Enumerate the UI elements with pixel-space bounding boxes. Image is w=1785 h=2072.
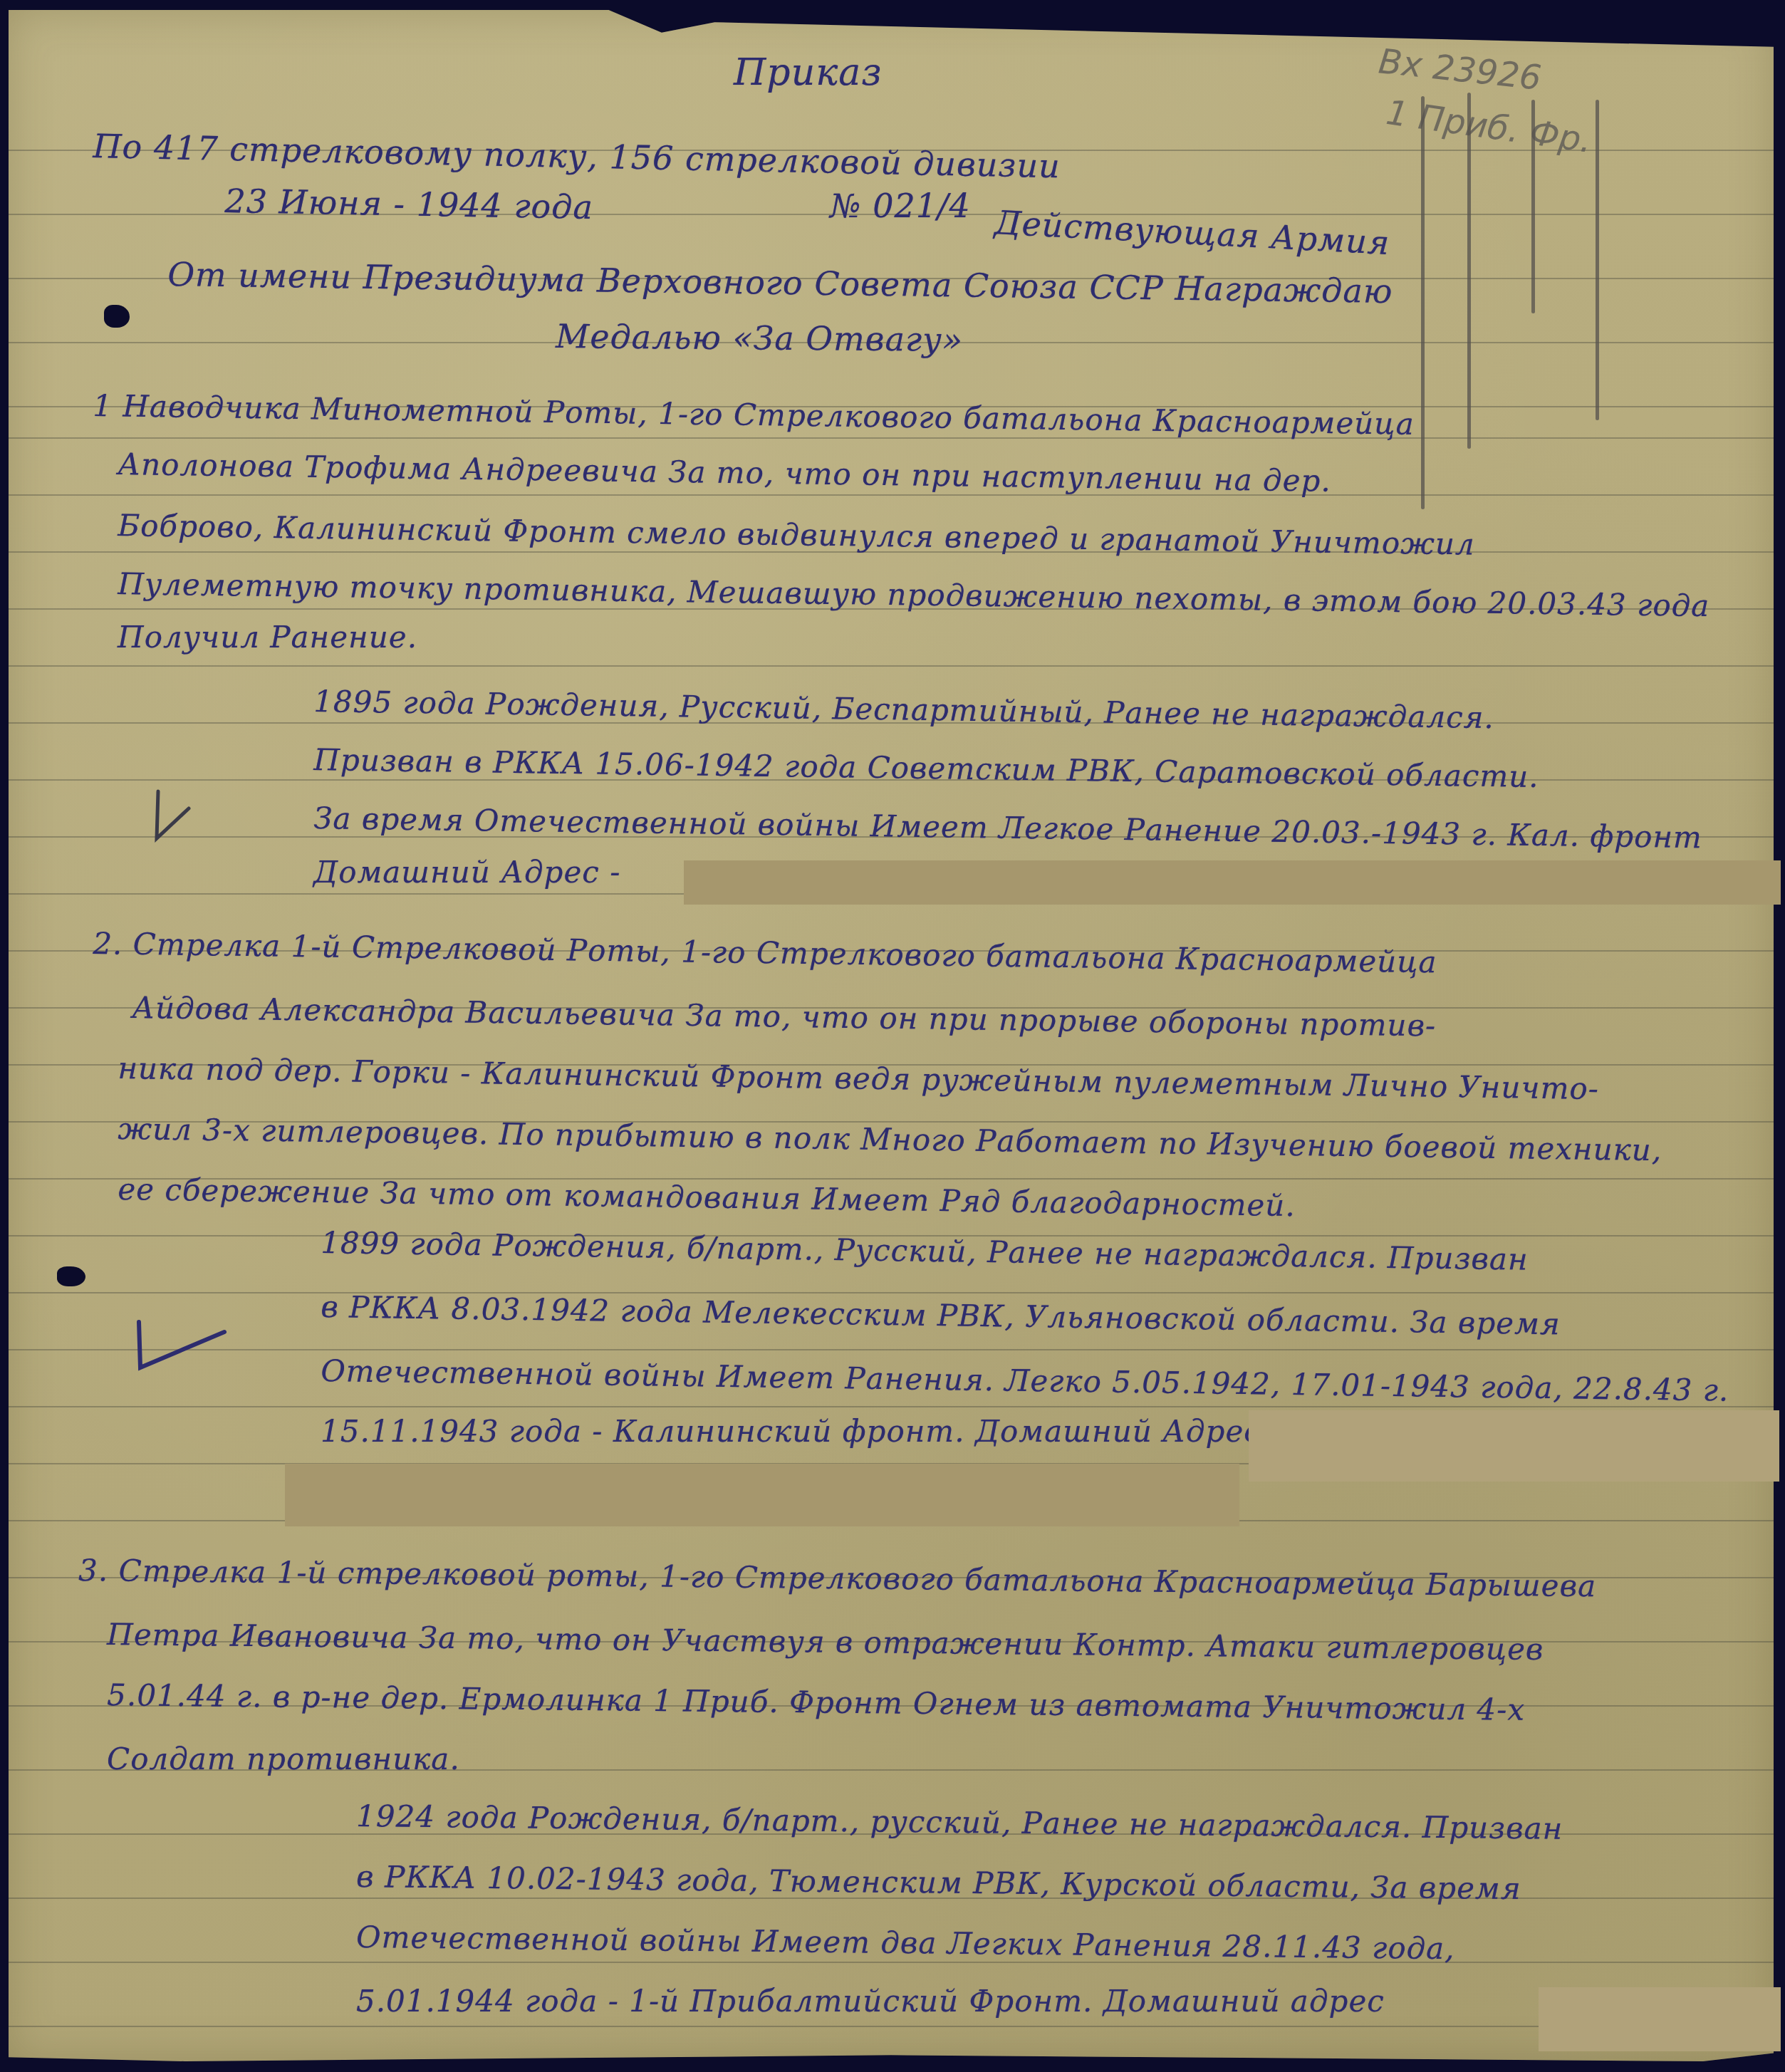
ruled-line: [9, 665, 1774, 667]
ruled-line: [9, 1962, 1774, 1963]
pencil-stroke: [1467, 93, 1471, 449]
entry-2-bio: 15.11.1943 года - Калининский фронт. Дом…: [321, 1414, 1261, 1449]
entry-3-line: Солдат противника.: [107, 1742, 460, 1776]
ruled-line: [9, 494, 1774, 496]
ruled-line: [9, 2026, 1774, 2027]
redacted-address: [1539, 1987, 1781, 2051]
ruled-line: [9, 1292, 1774, 1293]
redacted-address: [1249, 1410, 1779, 1482]
redacted-address: [285, 1464, 1239, 1526]
entry-3-bio: 5.01.1944 года - 1-й Прибалтийский Фронт…: [356, 1984, 1385, 2019]
ruled-line: [9, 1406, 1774, 1407]
redacted-address: [684, 860, 1781, 905]
entry-1-line: Получил Ранение.: [118, 620, 417, 655]
pencil-stroke: [1596, 100, 1599, 420]
checkmark-icon: [150, 787, 192, 844]
pencil-stroke: [1421, 96, 1425, 509]
document-title: Приказ: [734, 51, 883, 94]
paper-tear: [57, 1266, 85, 1286]
ruled-line: [9, 437, 1774, 439]
paper-tear: [104, 305, 130, 328]
entry-1-bio: Домашний Адрес -: [313, 855, 620, 890]
ruled-line: [9, 1349, 1774, 1350]
header-date: 23 Июня - 1944 года: [224, 182, 593, 227]
header-order-number: № 021/4: [830, 187, 971, 225]
pencil-stroke: [1531, 100, 1535, 313]
checkmark-icon: [132, 1318, 231, 1375]
header-award: Медалью «За Отвагу»: [556, 317, 963, 359]
